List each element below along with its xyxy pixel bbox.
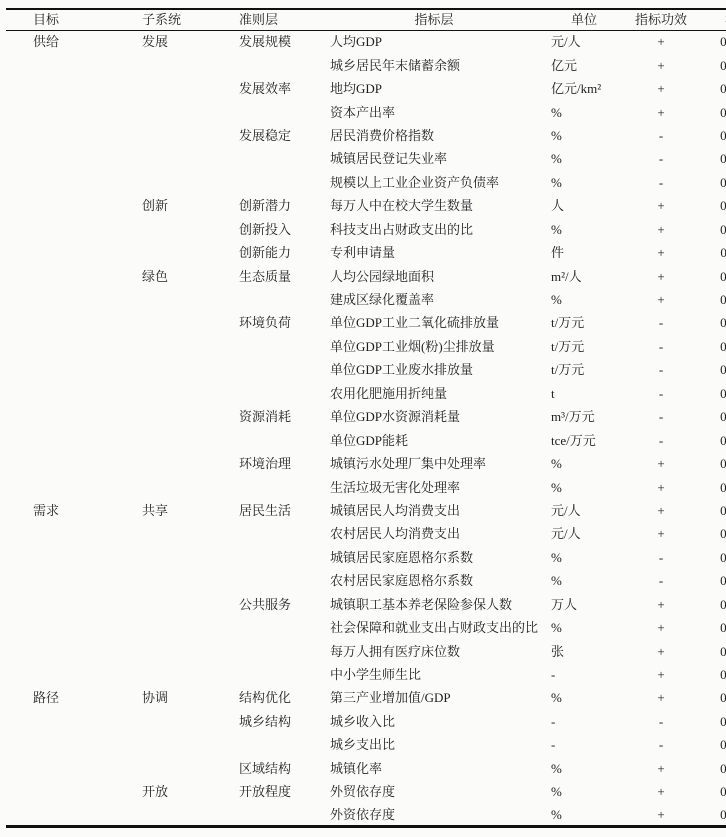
cell-indicator: 每万人中在校大学生数量 <box>324 194 544 217</box>
cell-weight: 0.0210 <box>698 264 726 287</box>
cell-criterion <box>227 803 324 826</box>
cell-unit: % <box>544 100 624 123</box>
cell-weight: 0.0199 <box>698 100 726 123</box>
cell-effect: + <box>624 100 698 123</box>
cell-effect: + <box>624 757 698 780</box>
cell-goal <box>6 569 123 592</box>
cell-weight: 0.0134 <box>698 710 726 733</box>
cell-weight: 0.0418 <box>698 218 726 241</box>
cell-goal <box>6 241 123 264</box>
cell-goal <box>6 639 123 662</box>
cell-weight: 0.0205 <box>698 639 726 662</box>
cell-subsystem <box>123 288 227 311</box>
cell-criterion: 创新潜力 <box>227 194 324 217</box>
cell-goal <box>6 77 123 100</box>
cell-indicator: 外资依存度 <box>324 803 544 826</box>
cell-effect: + <box>624 686 698 709</box>
table-row: 城乡居民年末储蓄余额亿元+0.0506 <box>6 53 726 76</box>
cell-unit: m²/人 <box>544 264 624 287</box>
cell-criterion <box>227 382 324 405</box>
cell-effect: + <box>624 264 698 287</box>
cell-unit: 万人 <box>544 593 624 616</box>
column-header-criterion: 准则层 <box>227 9 324 30</box>
cell-weight: 0.0088 <box>698 452 726 475</box>
cell-effect: + <box>624 77 698 100</box>
cell-indicator: 外贸依存度 <box>324 780 544 803</box>
cell-weight: 0.0977 <box>698 780 726 803</box>
table-row: 单位GDP工业烟(粉)尘排放量t/万元-0.0038 <box>6 335 726 358</box>
table-row: 绿色生态质量人均公园绿地面积m²/人+0.0210 <box>6 264 726 287</box>
cell-effect: - <box>624 311 698 334</box>
cell-goal <box>6 335 123 358</box>
cell-criterion <box>227 53 324 76</box>
cell-effect: + <box>624 593 698 616</box>
cell-effect: + <box>624 53 698 76</box>
table-row: 中小学生师生比-+0.0246 <box>6 663 726 686</box>
cell-goal <box>6 710 123 733</box>
table-row: 单位GDP工业废水排放量t/万元-0.0049 <box>6 358 726 381</box>
cell-indicator: 科技支出占财政支出的比 <box>324 218 544 241</box>
cell-effect: - <box>624 569 698 592</box>
cell-criterion <box>227 639 324 662</box>
cell-indicator: 单位GDP水资源消耗量 <box>324 405 544 428</box>
table-row: 发展效率地均GDP亿元/km²+0.0610 <box>6 77 726 100</box>
table-row: 社会保障和就业支出占财政支出的比%+0.0206 <box>6 616 726 639</box>
cell-indicator: 生活垃圾无害化处理率 <box>324 475 544 498</box>
cell-subsystem <box>123 124 227 147</box>
cell-weight: 0.0130 <box>698 546 726 569</box>
cell-subsystem <box>123 803 227 826</box>
cell-subsystem <box>123 428 227 451</box>
cell-indicator: 建成区绿化覆盖率 <box>324 288 544 311</box>
table-row: 创新投入科技支出占财政支出的比%+0.0418 <box>6 218 726 241</box>
cell-weight: 0.0080 <box>698 124 726 147</box>
cell-indicator: 城镇职工基本养老保险参保人数 <box>324 593 544 616</box>
cell-weight: 0.0506 <box>698 53 726 76</box>
cell-criterion <box>227 147 324 170</box>
cell-goal <box>6 428 123 451</box>
table-row: 资本产出率%+0.0199 <box>6 100 726 123</box>
cell-effect: + <box>624 616 698 639</box>
cell-goal <box>6 218 123 241</box>
cell-effect: + <box>624 780 698 803</box>
cell-goal <box>6 124 123 147</box>
cell-weight: 0.0064 <box>698 288 726 311</box>
cell-subsystem: 发展 <box>123 30 227 53</box>
cell-goal <box>6 147 123 170</box>
cell-subsystem <box>123 77 227 100</box>
cell-unit: % <box>544 686 624 709</box>
cell-effect: + <box>624 30 698 53</box>
cell-effect: + <box>624 803 698 826</box>
cell-goal <box>6 780 123 803</box>
cell-criterion <box>227 733 324 756</box>
cell-unit: 元/人 <box>544 499 624 522</box>
cell-goal <box>6 475 123 498</box>
cell-weight: 0.0194 <box>698 171 726 194</box>
cell-weight: 0.0124 <box>698 733 726 756</box>
cell-unit: 件 <box>544 241 624 264</box>
cell-effect: - <box>624 358 698 381</box>
cell-unit: - <box>544 733 624 756</box>
cell-unit: 亿元 <box>544 53 624 76</box>
cell-unit: % <box>544 546 624 569</box>
table-row: 农用化肥施用折纯量t-0.0088 <box>6 382 726 405</box>
cell-subsystem <box>123 639 227 662</box>
cell-effect: - <box>624 124 698 147</box>
cell-criterion <box>227 663 324 686</box>
table-row: 环境负荷单位GDP工业二氧化硫排放量t/万元-0.0055 <box>6 311 726 334</box>
cell-criterion: 资源消耗 <box>227 405 324 428</box>
table-row: 城乡结构城乡收入比--0.0134 <box>6 710 726 733</box>
cell-unit: - <box>544 663 624 686</box>
cell-effect: - <box>624 710 698 733</box>
cell-criterion: 居民生活 <box>227 499 324 522</box>
cell-indicator: 人均GDP <box>324 30 544 53</box>
table-row: 需求共享居民生活城镇居民人均消费支出元/人+0.0268 <box>6 499 726 522</box>
cell-indicator: 城乡居民年末储蓄余额 <box>324 53 544 76</box>
cell-goal: 路径 <box>6 686 123 709</box>
cell-weight: 0.0081 <box>698 475 726 498</box>
table-header-row: 目标子系统准则层指标层单位指标功效权重 <box>6 9 726 30</box>
cell-effect: + <box>624 452 698 475</box>
cell-subsystem: 协调 <box>123 686 227 709</box>
cell-subsystem <box>123 569 227 592</box>
cell-criterion <box>227 616 324 639</box>
cell-weight: 0.1144 <box>698 241 726 264</box>
cell-subsystem <box>123 358 227 381</box>
cell-unit: m³/万元 <box>544 405 624 428</box>
cell-weight: 0.0349 <box>698 522 726 545</box>
cell-effect: + <box>624 639 698 662</box>
cell-goal <box>6 452 123 475</box>
cell-unit: % <box>544 780 624 803</box>
column-header-subsystem: 子系统 <box>123 9 227 30</box>
table-row: 每万人拥有医疗床位数张+0.0205 <box>6 639 726 662</box>
cell-indicator: 居民消费价格指数 <box>324 124 544 147</box>
cell-indicator: 单位GDP工业烟(粉)尘排放量 <box>324 335 544 358</box>
cell-effect: - <box>624 382 698 405</box>
cell-subsystem <box>123 546 227 569</box>
cell-effect: - <box>624 147 698 170</box>
cell-criterion: 结构优化 <box>227 686 324 709</box>
cell-weight: 0.0802 <box>698 803 726 826</box>
cell-indicator: 单位GDP工业废水排放量 <box>324 358 544 381</box>
cell-indicator: 专利申请量 <box>324 241 544 264</box>
cell-effect: + <box>624 499 698 522</box>
cell-subsystem <box>123 335 227 358</box>
cell-subsystem <box>123 382 227 405</box>
cell-unit: t/万元 <box>544 358 624 381</box>
cell-weight: 0.0107 <box>698 686 726 709</box>
table-row: 农村居民人均消费支出元/人+0.0349 <box>6 522 726 545</box>
cell-unit: tce/万元 <box>544 428 624 451</box>
column-header-indicator: 指标层 <box>324 9 544 30</box>
cell-goal <box>6 311 123 334</box>
cell-criterion: 生态质量 <box>227 264 324 287</box>
cell-criterion <box>227 522 324 545</box>
table-row: 发展稳定居民消费价格指数%-0.0080 <box>6 124 726 147</box>
cell-unit: - <box>544 710 624 733</box>
cell-indicator: 资本产出率 <box>324 100 544 123</box>
cell-indicator: 地均GDP <box>324 77 544 100</box>
cell-goal <box>6 522 123 545</box>
cell-effect: - <box>624 733 698 756</box>
table-row: 区域结构城镇化率%+0.0240 <box>6 757 726 780</box>
table-row: 环境治理城镇污水处理厂集中处理率%+0.0088 <box>6 452 726 475</box>
cell-criterion: 公共服务 <box>227 593 324 616</box>
cell-subsystem <box>123 522 227 545</box>
cell-subsystem <box>123 593 227 616</box>
table-row: 规模以上工业企业资产负债率%-0.0194 <box>6 171 726 194</box>
cell-goal <box>6 546 123 569</box>
cell-unit: % <box>544 569 624 592</box>
cell-effect: - <box>624 335 698 358</box>
cell-criterion: 环境负荷 <box>227 311 324 334</box>
column-header-weight: 权重 <box>698 9 726 30</box>
cell-unit: 元/人 <box>544 30 624 53</box>
table-row: 建成区绿化覆盖率%+0.0064 <box>6 288 726 311</box>
table-row: 供给发展发展规模人均GDP元/人+0.0373 <box>6 30 726 53</box>
cell-indicator: 第三产业增加值/GDP <box>324 686 544 709</box>
cell-effect: + <box>624 218 698 241</box>
cell-weight: 0.0244 <box>698 147 726 170</box>
cell-indicator: 每万人拥有医疗床位数 <box>324 639 544 662</box>
cell-criterion: 发展效率 <box>227 77 324 100</box>
cell-subsystem <box>123 616 227 639</box>
table-row: 外资依存度%+0.0802 <box>6 803 726 826</box>
cell-unit: 张 <box>544 639 624 662</box>
cell-subsystem <box>123 663 227 686</box>
cell-weight: 0.0038 <box>698 335 726 358</box>
cell-weight: 0.0049 <box>698 358 726 381</box>
cell-effect: - <box>624 171 698 194</box>
cell-criterion: 创新投入 <box>227 218 324 241</box>
cell-unit: 元/人 <box>544 522 624 545</box>
cell-subsystem <box>123 171 227 194</box>
cell-indicator: 城镇居民人均消费支出 <box>324 499 544 522</box>
cell-unit: t <box>544 382 624 405</box>
cell-indicator: 农村居民人均消费支出 <box>324 522 544 545</box>
cell-goal <box>6 663 123 686</box>
table-row: 城乡支出比--0.0124 <box>6 733 726 756</box>
cell-goal <box>6 288 123 311</box>
table-row: 公共服务城镇职工基本养老保险参保人数万人+0.0648 <box>6 593 726 616</box>
cell-weight: 0.0059 <box>698 405 726 428</box>
cell-weight: 0.0856 <box>698 194 726 217</box>
cell-indicator: 城镇污水处理厂集中处理率 <box>324 452 544 475</box>
cell-unit: % <box>544 616 624 639</box>
cell-criterion <box>227 475 324 498</box>
cell-criterion <box>227 358 324 381</box>
table-row: 路径协调结构优化第三产业增加值/GDP%+0.0107 <box>6 686 726 709</box>
cell-subsystem <box>123 452 227 475</box>
cell-subsystem: 创新 <box>123 194 227 217</box>
cell-goal <box>6 382 123 405</box>
cell-criterion <box>227 569 324 592</box>
cell-unit: % <box>544 803 624 826</box>
table-row: 创新能力专利申请量件+0.1144 <box>6 241 726 264</box>
cell-effect: + <box>624 241 698 264</box>
cell-unit: % <box>544 288 624 311</box>
table-row: 开放开放程度外贸依存度%+0.0977 <box>6 780 726 803</box>
cell-goal: 需求 <box>6 499 123 522</box>
cell-effect: + <box>624 522 698 545</box>
cell-criterion <box>227 100 324 123</box>
cell-subsystem <box>123 757 227 780</box>
cell-indicator: 农用化肥施用折纯量 <box>324 382 544 405</box>
cell-unit: % <box>544 452 624 475</box>
cell-indicator: 城镇化率 <box>324 757 544 780</box>
table-row: 资源消耗单位GDP水资源消耗量m³/万元-0.0059 <box>6 405 726 428</box>
cell-effect: - <box>624 546 698 569</box>
cell-criterion: 区域结构 <box>227 757 324 780</box>
cell-subsystem <box>123 147 227 170</box>
cell-weight: 0.0055 <box>698 311 726 334</box>
cell-weight: 0.0648 <box>698 593 726 616</box>
table-row: 生活垃圾无害化处理率%+0.0081 <box>6 475 726 498</box>
cell-goal <box>6 358 123 381</box>
cell-indicator: 城乡收入比 <box>324 710 544 733</box>
cell-unit: % <box>544 218 624 241</box>
column-header-effect: 指标功效 <box>624 9 698 30</box>
cell-subsystem <box>123 53 227 76</box>
cell-weight: 0.0246 <box>698 663 726 686</box>
table-row: 单位GDP能耗tce/万元-0.0084 <box>6 428 726 451</box>
cell-subsystem <box>123 241 227 264</box>
cell-criterion: 开放程度 <box>227 780 324 803</box>
column-header-goal: 目标 <box>6 9 123 30</box>
cell-subsystem <box>123 100 227 123</box>
document-page: 目标子系统准则层指标层单位指标功效权重 供给发展发展规模人均GDP元/人+0.0… <box>0 0 726 837</box>
cell-goal <box>6 405 123 428</box>
cell-effect: + <box>624 194 698 217</box>
table-row: 创新创新潜力每万人中在校大学生数量人+0.0856 <box>6 194 726 217</box>
cell-criterion: 发展稳定 <box>227 124 324 147</box>
cell-unit: % <box>544 147 624 170</box>
cell-goal <box>6 264 123 287</box>
cell-criterion: 环境治理 <box>227 452 324 475</box>
cell-criterion <box>227 335 324 358</box>
cell-unit: % <box>544 124 624 147</box>
cell-goal <box>6 593 123 616</box>
cell-weight: 0.0240 <box>698 757 726 780</box>
cell-weight: 0.0610 <box>698 77 726 100</box>
cell-subsystem <box>123 733 227 756</box>
cell-criterion: 城乡结构 <box>227 710 324 733</box>
cell-weight: 0.0088 <box>698 382 726 405</box>
table-row: 城镇居民家庭恩格尔系数%-0.0130 <box>6 546 726 569</box>
indicator-weight-table: 目标子系统准则层指标层单位指标功效权重 供给发展发展规模人均GDP元/人+0.0… <box>6 8 726 828</box>
cell-criterion <box>227 428 324 451</box>
cell-effect: - <box>624 405 698 428</box>
cell-effect: + <box>624 663 698 686</box>
cell-unit: t/万元 <box>544 335 624 358</box>
cell-criterion <box>227 546 324 569</box>
cell-goal <box>6 194 123 217</box>
cell-indicator: 规模以上工业企业资产负债率 <box>324 171 544 194</box>
cell-effect: - <box>624 428 698 451</box>
cell-weight: 0.0084 <box>698 428 726 451</box>
cell-weight: 0.0206 <box>698 616 726 639</box>
cell-goal: 供给 <box>6 30 123 53</box>
cell-subsystem: 开放 <box>123 780 227 803</box>
cell-subsystem <box>123 218 227 241</box>
cell-unit: 人 <box>544 194 624 217</box>
cell-goal <box>6 733 123 756</box>
cell-unit: % <box>544 475 624 498</box>
cell-effect: + <box>624 475 698 498</box>
cell-subsystem <box>123 311 227 334</box>
cell-weight: 0.0268 <box>698 499 726 522</box>
cell-subsystem <box>123 405 227 428</box>
column-header-unit: 单位 <box>544 9 624 30</box>
cell-goal <box>6 803 123 826</box>
cell-goal <box>6 616 123 639</box>
cell-unit: % <box>544 757 624 780</box>
cell-effect: + <box>624 288 698 311</box>
cell-indicator: 社会保障和就业支出占财政支出的比 <box>324 616 544 639</box>
table-row: 农村居民家庭恩格尔系数%-0.0126 <box>6 569 726 592</box>
cell-criterion: 创新能力 <box>227 241 324 264</box>
cell-indicator: 单位GDP工业二氧化硫排放量 <box>324 311 544 334</box>
cell-indicator: 城镇居民登记失业率 <box>324 147 544 170</box>
cell-weight: 0.0126 <box>698 569 726 592</box>
cell-indicator: 中小学生师生比 <box>324 663 544 686</box>
table-row: 城镇居民登记失业率%-0.0244 <box>6 147 726 170</box>
cell-unit: 亿元/km² <box>544 77 624 100</box>
cell-indicator: 城镇居民家庭恩格尔系数 <box>324 546 544 569</box>
cell-indicator: 人均公园绿地面积 <box>324 264 544 287</box>
cell-subsystem <box>123 475 227 498</box>
cell-subsystem: 绿色 <box>123 264 227 287</box>
cell-goal <box>6 171 123 194</box>
cell-unit: % <box>544 171 624 194</box>
cell-subsystem <box>123 710 227 733</box>
cell-criterion <box>227 171 324 194</box>
cell-goal <box>6 757 123 780</box>
cell-criterion <box>227 288 324 311</box>
cell-goal <box>6 53 123 76</box>
cell-criterion: 发展规模 <box>227 30 324 53</box>
cell-unit: t/万元 <box>544 311 624 334</box>
cell-goal <box>6 100 123 123</box>
cell-indicator: 城乡支出比 <box>324 733 544 756</box>
cell-weight: 0.0373 <box>698 30 726 53</box>
cell-indicator: 单位GDP能耗 <box>324 428 544 451</box>
cell-subsystem: 共享 <box>123 499 227 522</box>
cell-indicator: 农村居民家庭恩格尔系数 <box>324 569 544 592</box>
